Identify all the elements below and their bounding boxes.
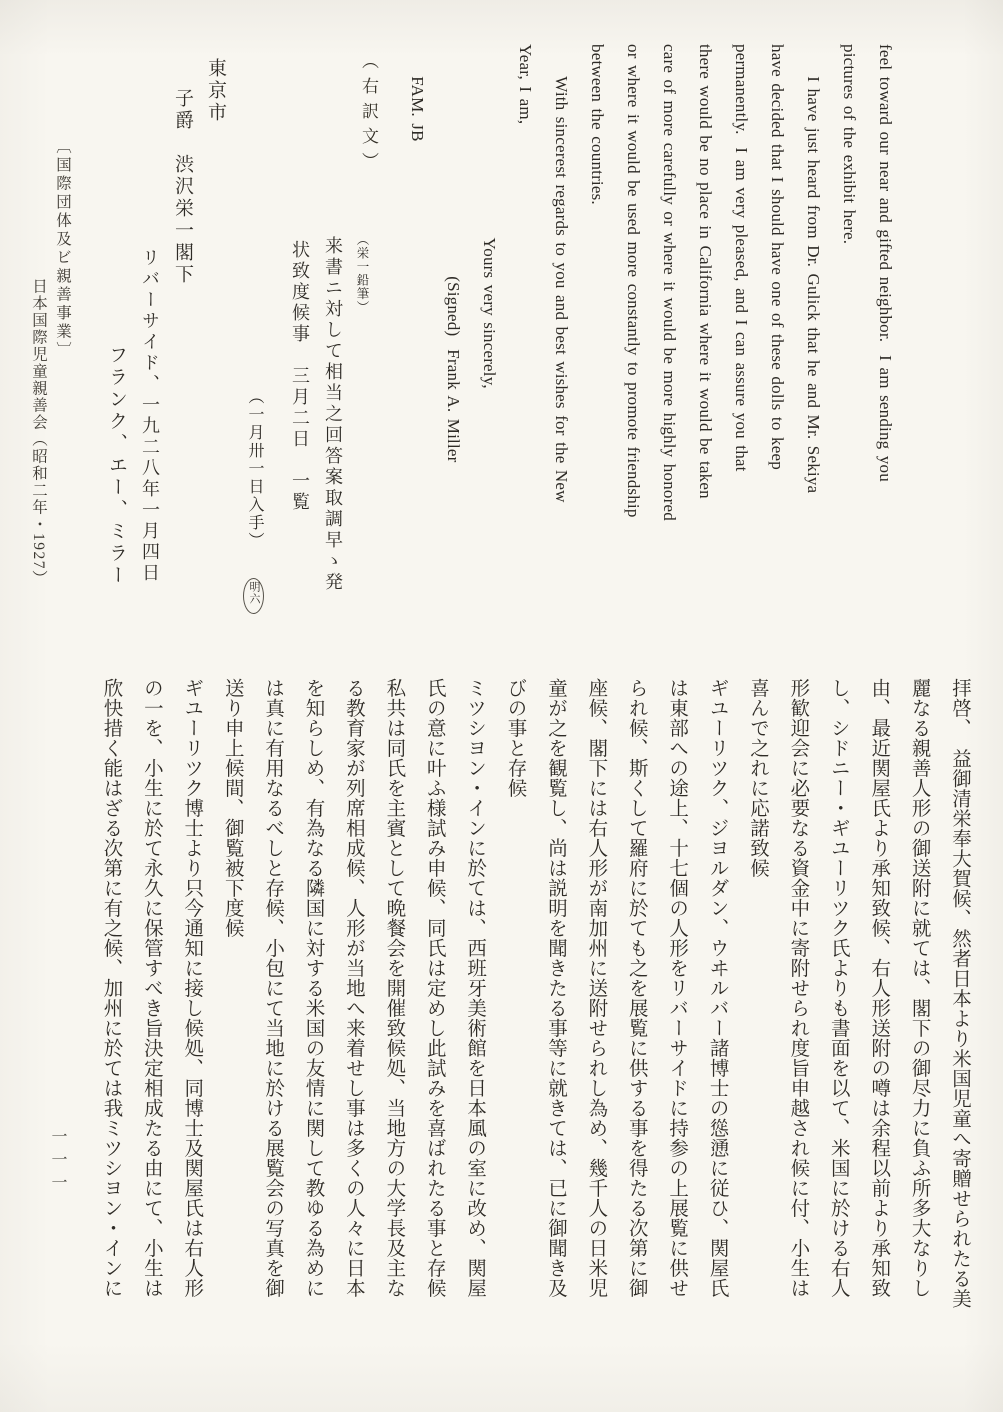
margin-title: 日本国際児童親善会（昭和二年・1927） bbox=[26, 138, 50, 698]
address-block: 東京市 子爵 渋沢栄一閣下 リバーサイド、一九二八年一月四日 フランク、エー、ミ… bbox=[100, 58, 232, 658]
memo-line-1: 来書ニ対して相当之回答案取調早ゝ発 bbox=[316, 228, 349, 648]
meiroku-oval-stamp-icon: 明六 bbox=[243, 578, 264, 614]
page-number: 一一一 bbox=[46, 1128, 69, 1197]
received-date: （一月卅一日入手） bbox=[246, 388, 263, 550]
margin-category: 〔国際団体及ビ親善事業〕 bbox=[50, 138, 74, 698]
english-letter-text: feel toward our near and gifted neighbor… bbox=[399, 44, 903, 658]
margin-running-head: 〔国際団体及ビ親善事業〕 日本国際児童親善会（昭和二年・1927） bbox=[26, 138, 74, 698]
recipient-name: 子爵 渋沢栄一閣下 bbox=[166, 58, 199, 658]
reply-memo-block: （栄一鉛筆） 来書ニ対して相当之回答案取調早ゝ発 状致度候事 三月二日 一覧 （… bbox=[238, 228, 375, 648]
recipient-city: 東京市 bbox=[199, 58, 232, 658]
scanned-book-page: feel toward our near and gifted neighbor… bbox=[0, 0, 1003, 1412]
sender-name: フランク、エー、ミラー bbox=[100, 58, 133, 658]
place-and-date: リバーサイド、一九二八年一月四日 bbox=[133, 58, 166, 658]
japanese-letter-text: 拝啓、 益御清栄奉大賀候、然者日本より米国児童へ寄贈せられたる美 麗なる親善人形… bbox=[90, 678, 979, 1330]
english-letter-block: feel toward our near and gifted neighbor… bbox=[399, 44, 903, 658]
japanese-letter-block: 拝啓、 益御清栄奉大賀候、然者日本より米国児童へ寄贈せられたる美 麗なる親善人形… bbox=[90, 678, 979, 1330]
memo-line-2: 状致度候事 三月二日 一覧 bbox=[283, 228, 316, 648]
memo-line-3: （一月卅一日入手） 明六 bbox=[238, 228, 271, 648]
translation-label: （右訳文） bbox=[356, 52, 381, 177]
pencil-note: （栄一鉛筆） bbox=[349, 228, 375, 648]
